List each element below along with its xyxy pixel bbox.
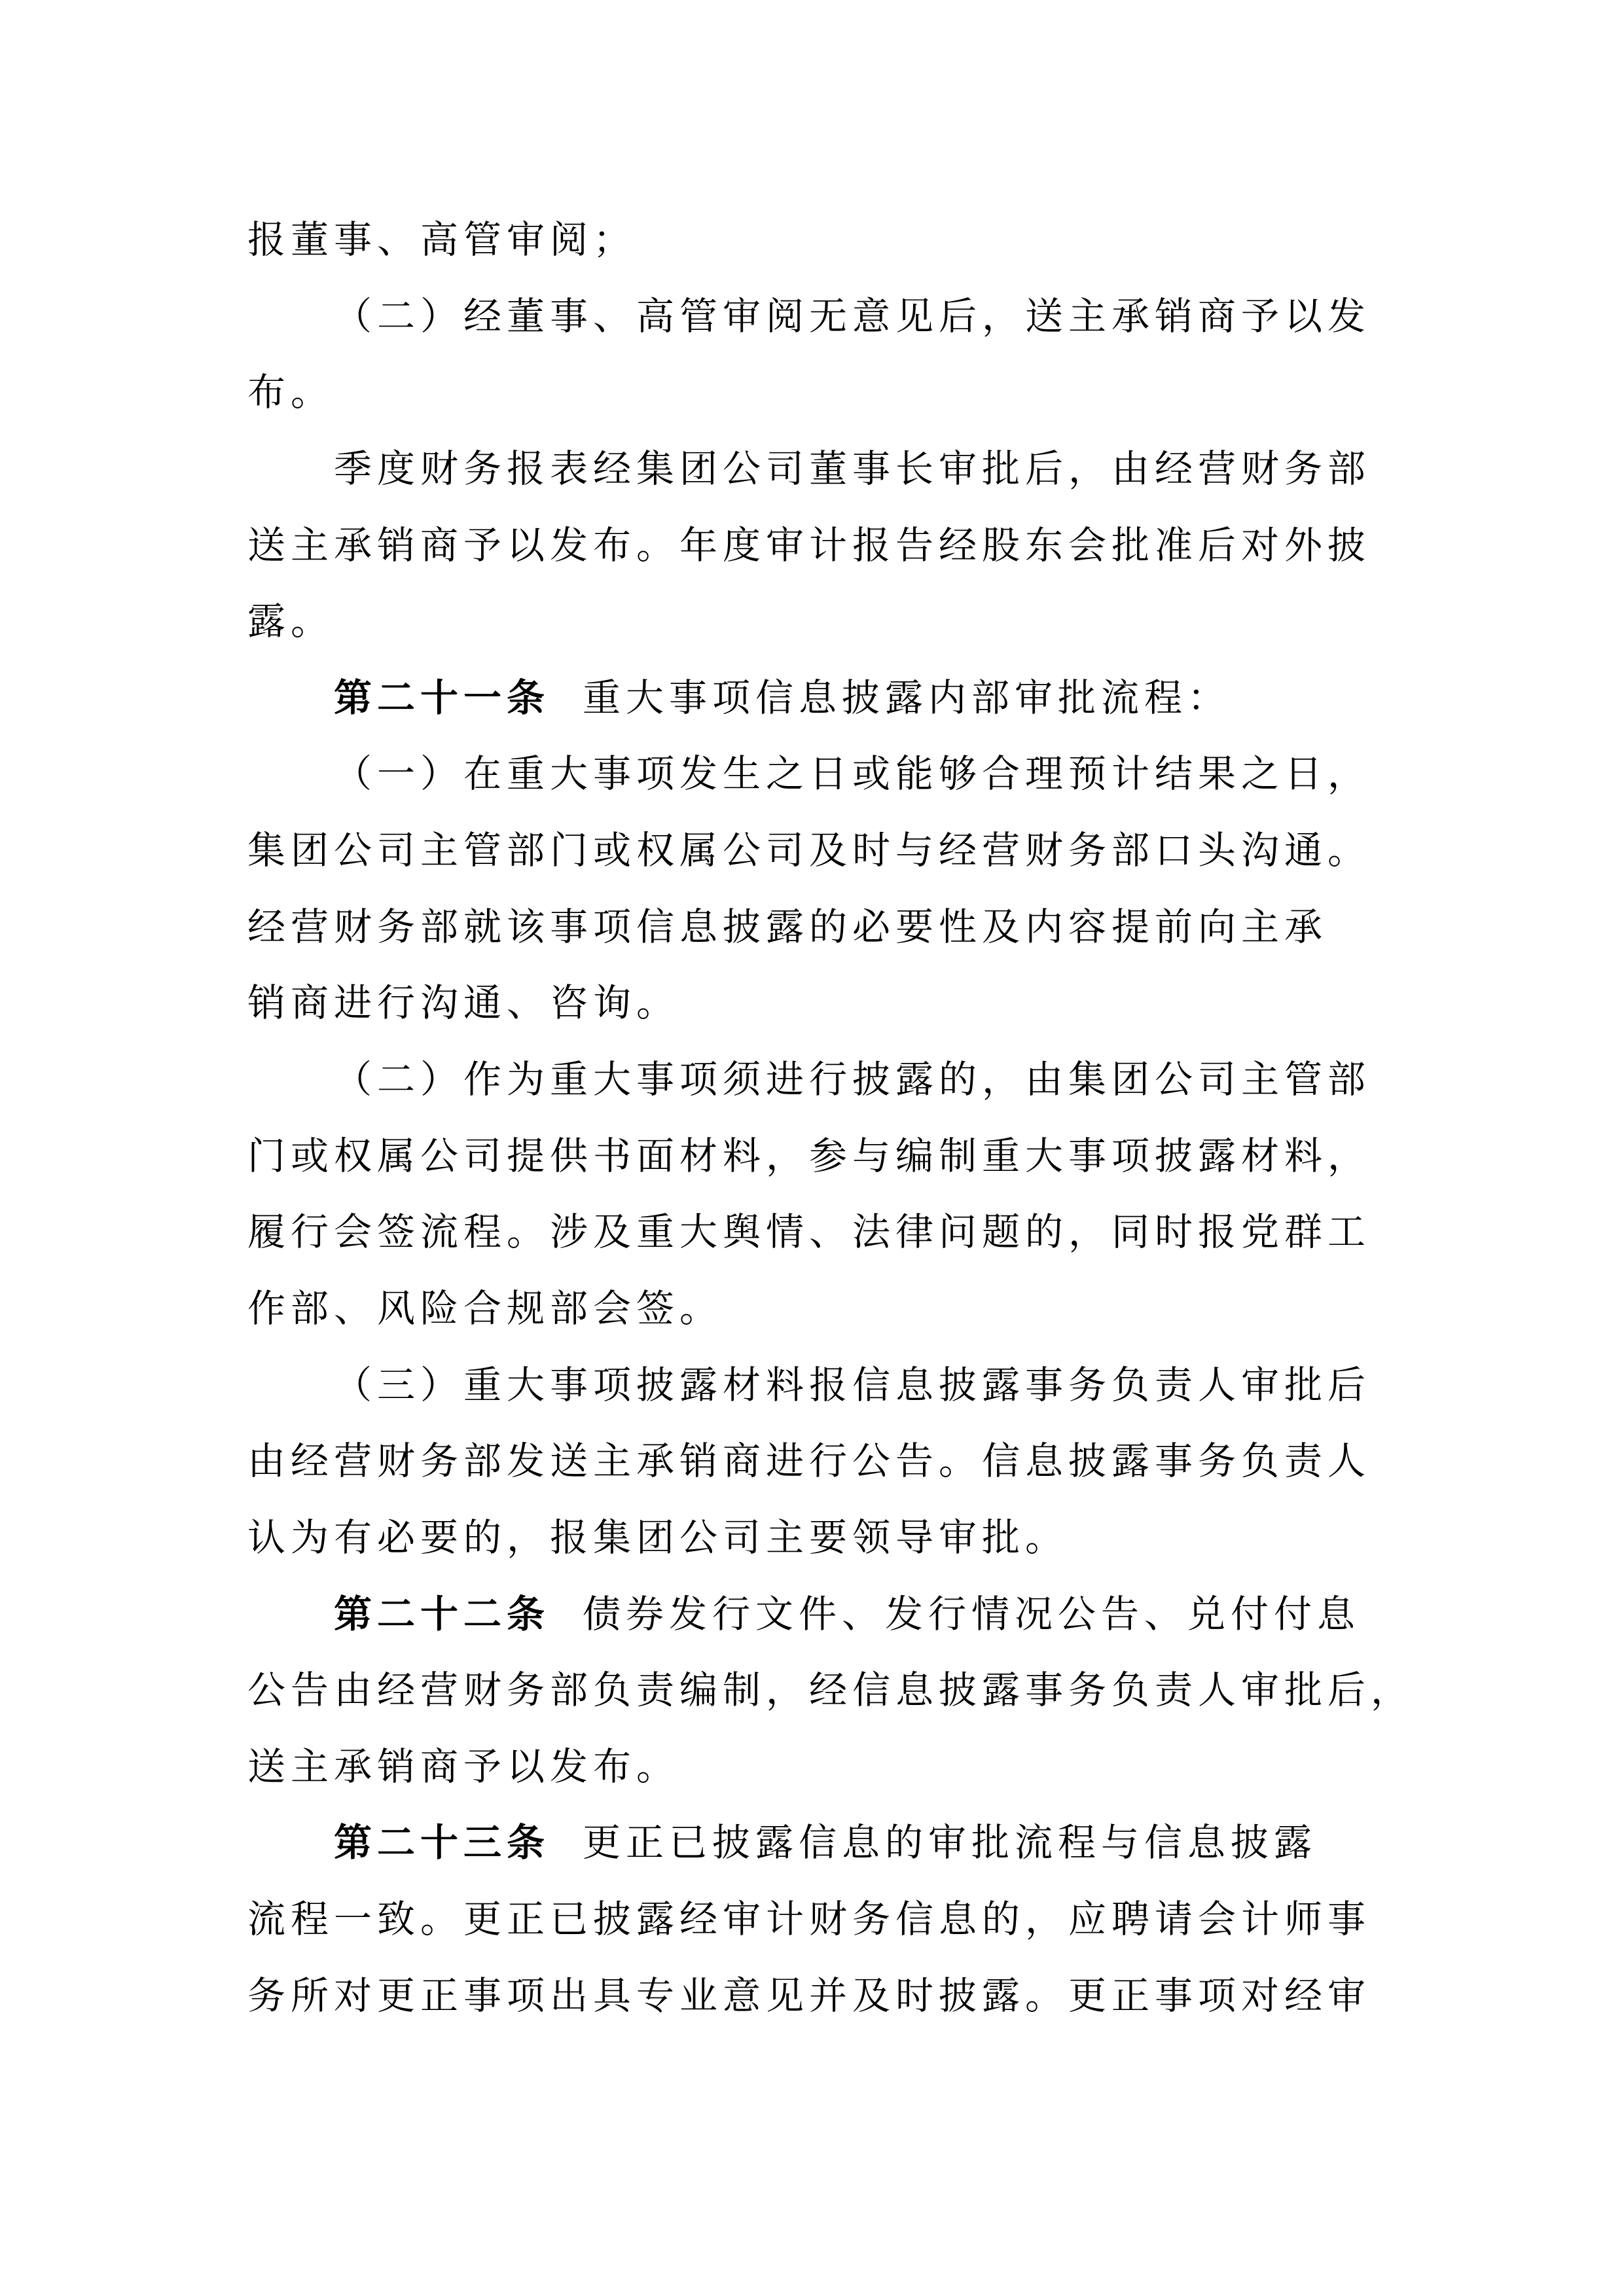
text-line: 布。 [247,354,1386,431]
text-line: 报董事、高管审阅； [247,202,1386,278]
text-line: 集团公司主管部门或权属公司及时与经营财务部口头沟通。 [247,812,1386,889]
text-line: 露。 [247,583,1386,660]
text-line: 门或权属公司提供书面材料，参与编制重大事项披露材料， [247,1118,1386,1194]
text-line: 季度财务报表经集团公司董事长审批后，由经营财务部 [247,431,1386,507]
text-line: （三）重大事项披露材料报信息披露事务负责人审批后 [247,1347,1386,1424]
text-line: （二）经董事、高管审阅无意见后，送主承销商予以发 [247,278,1386,355]
document-body: 报董事、高管审阅； （二）经董事、高管审阅无意见后，送主承销商予以发 布。 季度… [247,202,1386,2034]
article-22-line: 第二十二条债券发行文件、发行情况公告、兑付付息 [247,1576,1386,1653]
article-21-line: 第二十一条重大事项信息披露内部审批流程： [247,660,1386,736]
article-23-line: 第二十三条更正已披露信息的审批流程与信息披露 [247,1804,1386,1881]
text-line: 认为有必要的，报集团公司主要领导审批。 [247,1499,1386,1576]
text-line: 公告由经营财务部负责编制，经信息披露事务负责人审批后， [247,1652,1386,1729]
article-text: 重大事项信息披露内部审批流程： [583,675,1231,720]
article-heading: 第二十二条 [334,1592,550,1636]
text-line: 经营财务部就该事项信息披露的必要性及内容提前向主承 [247,889,1386,965]
text-line: （二）作为重大事项须进行披露的，由集团公司主管部 [247,1041,1386,1118]
text-line: 履行会签流程。涉及重大舆情、法律问题的，同时报党群工 [247,1194,1386,1270]
text-line: 流程一致。更正已披露经审计财务信息的，应聘请会计师事 [247,1881,1386,1958]
article-heading: 第二十一条 [334,675,550,720]
text-line: 销商进行沟通、咨询。 [247,965,1386,1041]
text-line: 送主承销商予以发布。 [247,1729,1386,1805]
document-page: 报董事、高管审阅； （二）经董事、高管审阅无意见后，送主承销商予以发 布。 季度… [0,0,1624,2296]
article-text: 更正已披露信息的审批流程与信息披露 [583,1820,1317,1865]
article-heading: 第二十三条 [334,1820,550,1865]
text-line: 送主承销商予以发布。年度审计报告经股东会批准后对外披 [247,507,1386,584]
text-line: （一）在重大事项发生之日或能够合理预计结果之日， [247,736,1386,812]
text-line: 作部、风险合规部会签。 [247,1270,1386,1347]
text-line: 由经营财务部发送主承销商进行公告。信息披露事务负责人 [247,1423,1386,1499]
article-text: 债券发行文件、发行情况公告、兑付付息 [583,1592,1360,1636]
text-line: 务所对更正事项出具专业意见并及时披露。更正事项对经审 [247,1958,1386,2034]
